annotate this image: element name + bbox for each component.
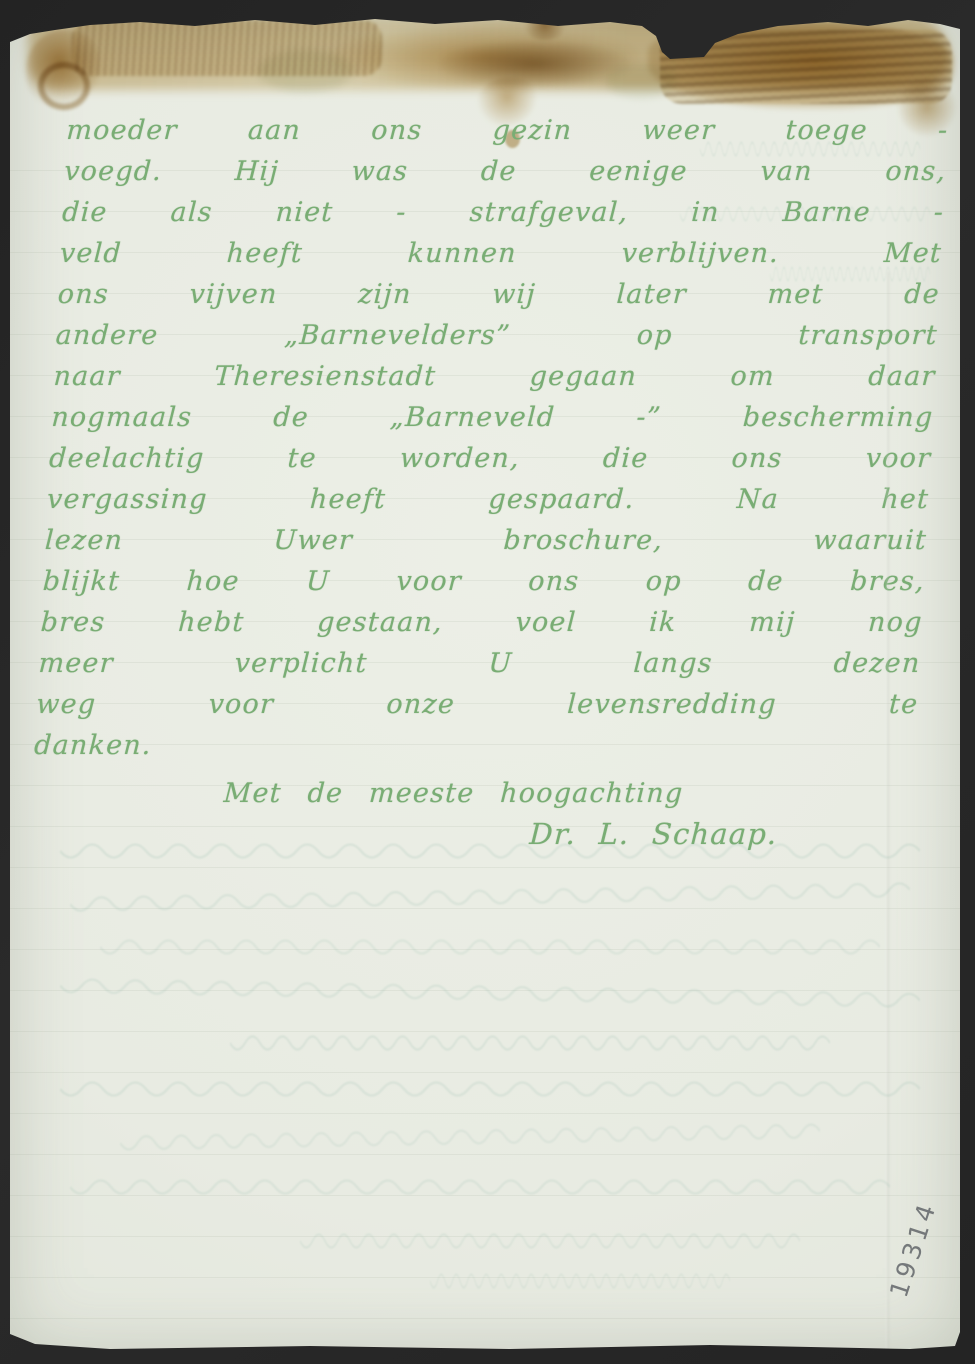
handwriting-line: voegd. Hij was de eenige van ons, xyxy=(63,151,947,192)
stain-blob xyxy=(522,10,568,40)
handwriting-line: naar Theresienstadt gegaan om daar xyxy=(52,356,936,397)
handwriting-line: deelachtig te worden, die ons voor xyxy=(48,438,932,479)
handwriting-line: die als niet - strafgeval, in Barne - xyxy=(61,192,945,233)
scanned-letter: moeder aan ons gezin weer toege - voegd.… xyxy=(0,0,975,1364)
paper-crease xyxy=(886,272,889,1352)
closing-line: Met de meeste hoogachting xyxy=(223,773,915,814)
letter-page: moeder aan ons gezin weer toege - voegd.… xyxy=(10,12,960,1352)
handwritten-text: moeder aan ons gezin weer toege - voegd.… xyxy=(28,110,949,855)
handwriting-line: danken. xyxy=(33,725,917,766)
handwriting-line: meer verplicht U langs dezen xyxy=(37,643,921,684)
stain-blob xyxy=(440,40,630,88)
handwriting-line: andere „Barnevelders” op transport xyxy=(55,315,939,356)
handwriting-line: lezen Uwer broschure, waaruit xyxy=(44,520,928,561)
signature: Dr. L. Schaap. xyxy=(528,814,912,855)
handwriting-line: bres hebt gestaan, voel ik mij nog xyxy=(40,602,924,643)
handwriting-line: nogmaals de „Barneveld -” bescherming xyxy=(50,397,934,438)
stain-gap xyxy=(258,50,353,92)
handwriting-line: veld heeft kunnen verblijven. Met xyxy=(59,233,943,274)
handwriting-line: ons vijven zijn wij later met de xyxy=(57,274,941,315)
handwriting-line: moeder aan ons gezin weer toege - xyxy=(65,110,949,151)
handwriting-line: weg voor onze levensredding te xyxy=(35,684,919,725)
handwriting-line: blijkt hoe U voor ons op de bres, xyxy=(42,561,926,602)
handwriting-line: vergassing heeft gespaard. Na het xyxy=(46,479,930,520)
stain-ring xyxy=(38,62,90,110)
